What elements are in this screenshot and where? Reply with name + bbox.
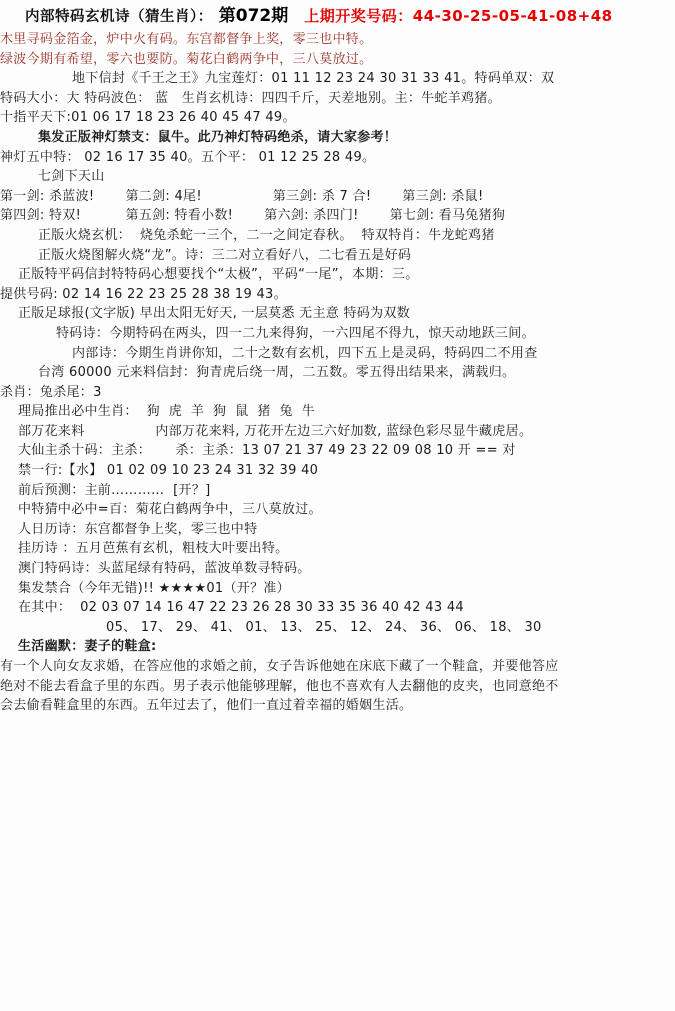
text-line: 内部诗：今期生肖讲你知，二十之数有玄机，四下五上是灵码，特码四二不用查 [0, 344, 675, 364]
text-line: 正版足球报(文字版) 早出太阳无好天, 一层莫悉 无主意 特码为双数 [0, 304, 675, 324]
text-line: 有一个人向女友求婚，在答应他的求婚之前，女子告诉他她在床底下藏了一个鞋盒，并要他… [0, 657, 675, 677]
last-draw-numbers: 44-30-25-05-41-08+48 [413, 7, 613, 25]
document-header: 内部特码玄机诗（猜生肖）：第072期上期开奖号码：44-30-25-05-41-… [0, 5, 675, 29]
text-line: 台湾 60000 元来料信封：狗青虎后绕一周，二五数。零五得出结果来，满载归。 [0, 363, 675, 383]
lottery-tip-sheet: 内部特码玄机诗（猜生肖）：第072期上期开奖号码：44-30-25-05-41-… [0, 0, 675, 1011]
text-line: 澳门特码诗：头蓝尾绿有特码，蓝波单数寻特码。 [0, 559, 675, 579]
text-line: 绝对不能去看盒子里的东西。男子表示他能够理解，他也不喜欢有人去翻他的皮夹，也同意… [0, 677, 675, 697]
text-line: 第四剑: 特双! 第五剑: 特看小数! 第六剑: 杀四门! 第七剑: 看马兔猪狗 [0, 206, 675, 226]
text-line: 集发正版神灯禁支：鼠牛。此乃神灯特码绝杀，请大家参考！ [0, 128, 675, 148]
text-line: 杀肖：兔杀尾：3 [0, 383, 675, 403]
text-line: 正版火烧玄机： 烧兔杀蛇一三个，二一之间定春秋。 特双特肖：牛龙蛇鸡猪 [0, 226, 675, 246]
text-line: 正版火烧图解火烧“龙”。诗：三二对立看好八，二七看五是好码 [0, 246, 675, 266]
text-line: 神灯五中特： 02 16 17 35 40。五个平： 01 12 25 28 4… [0, 148, 675, 168]
text-line: 部万花来料 内部万花来料, 万花开左边三六好加数, 蓝绿色彩尽显牛藏虎居。 [0, 422, 675, 442]
text-line: 第一剑: 杀蓝波! 第二剑: 4尾! 第三剑: 杀 7 合! 第三剑: 杀鼠! [0, 187, 675, 207]
text-line: 七剑下天山 [0, 167, 675, 187]
last-draw-result: 上期开奖号码：44-30-25-05-41-08+48 [304, 7, 612, 25]
issue-number: 第072期 [219, 6, 289, 26]
text-line: 生活幽默：妻子的鞋盒: [0, 637, 675, 657]
text-line: 正版特平码信封特特码心想要找个“太极”，平码“一尾”，本期：三。 [0, 265, 675, 285]
page-title: 内部特码玄机诗（猜生肖）： [25, 9, 213, 25]
text-line: 集发禁合（今年无错)!! ★★★★01（开？准） [0, 579, 675, 599]
text-line: 05、 17、 29、 41、 01、 13、 25、 12、 24、 36、 … [0, 618, 675, 638]
text-line: 禁一行:【水】 01 02 09 10 23 24 31 32 39 40 [0, 461, 675, 481]
text-line: 绿波今期有希望，零六也要防。菊花白鹤两争中，三八莫放过。 [0, 50, 675, 70]
text-line: 会去偷看鞋盒里的东西。五年过去了，他们一直过着幸福的婚姻生活。 [0, 696, 675, 716]
text-line: 木里寻码金箔金，炉中火有码。东宫都督争上奖，零三也中特。 [0, 30, 675, 50]
text-line: 大仙主杀十码：主杀： 杀：主杀：13 07 21 37 49 23 22 09 … [0, 441, 675, 461]
text-line: 特码诗：今期特码在两头，四一二九来得狗，一六四尾不得九，惊天动地跃三间。 [0, 324, 675, 344]
last-draw-label: 上期开奖号码： [304, 7, 413, 25]
text-line: 前后预测：主前………… [开？] [0, 481, 675, 501]
text-line: 特码大小：大 特码波色： 蓝 生肖玄机诗：四四千斤，天差地别。主：牛蛇羊鸡猪。 [0, 89, 675, 109]
text-line: 地下信封《千王之王》九宝莲灯：01 11 12 23 24 30 31 33 4… [0, 69, 675, 89]
text-line: 人日历诗：东宫都督争上奖，零三也中特 [0, 520, 675, 540]
text-line: 挂历诗 ：五月芭蕉有玄机，粗枝大叶要出特。 [0, 539, 675, 559]
text-line: 中特猜中必中=百：菊花白鹤两争中，三八莫放过。 [0, 500, 675, 520]
text-line: 十指平天下:01 06 17 18 23 26 40 45 47 49。 [0, 108, 675, 128]
text-line: 理局推出必中生肖： 狗 虎 羊 狗 鼠 猪 兔 牛 [0, 402, 675, 422]
text-line: 在其中： 02 03 07 14 16 47 22 23 26 28 30 33… [0, 598, 675, 618]
document-body: 木里寻码金箔金，炉中火有码。东宫都督争上奖，零三也中特。绿波今期有希望，零六也要… [0, 30, 675, 716]
text-line: 提供号码: 02 14 16 22 23 25 28 38 19 43。 [0, 285, 675, 305]
